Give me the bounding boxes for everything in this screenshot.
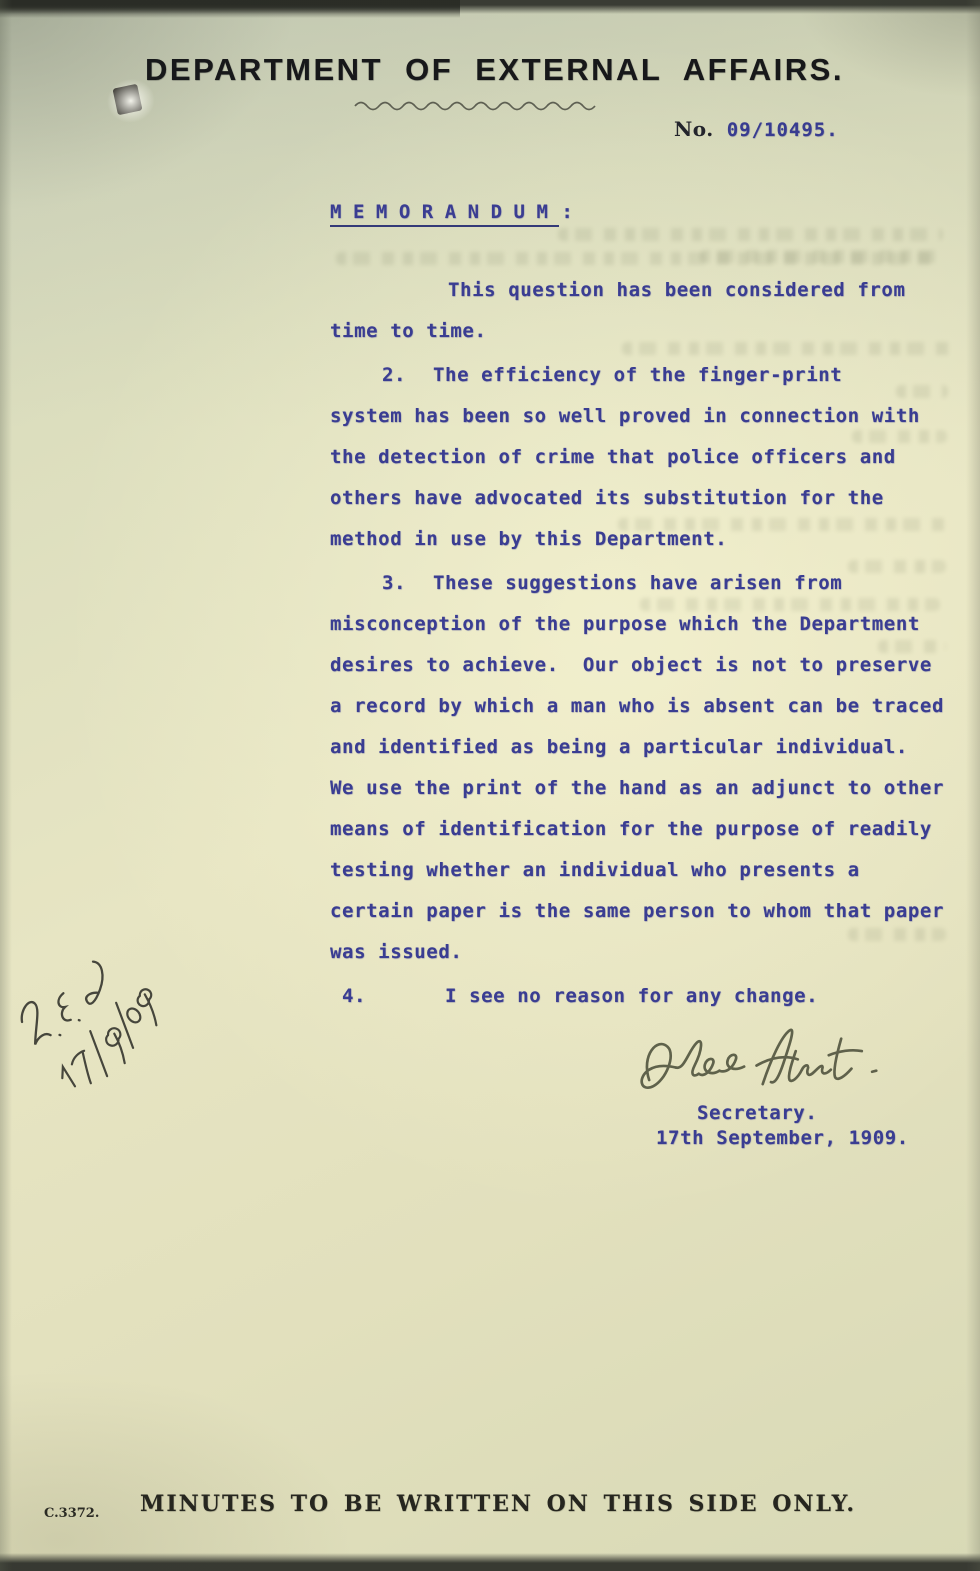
memo-heading-text: MEMORANDUM — [330, 201, 559, 227]
bleed-through-mark — [878, 640, 946, 653]
bleed-through-mark — [848, 560, 946, 573]
bleed-through-mark — [618, 518, 953, 531]
punch-hole-mark — [112, 84, 142, 116]
memo-line: and identified as being a particular ind… — [330, 727, 955, 768]
memo-paragraph: 3.These suggestions have arisen frommisc… — [330, 563, 955, 973]
memo-body: This question has been considered fromti… — [330, 270, 955, 1020]
memo-line: certain paper is the same person to whom… — [330, 891, 955, 932]
file-number-value: 09/10495. — [727, 119, 839, 141]
memo-paragraph: This question has been considered fromti… — [330, 270, 955, 352]
paragraph-first-line: I see no reason for any change. — [445, 976, 818, 1017]
scanned-memorandum-page: DEPARTMENT OF EXTERNAL AFFAIRS. No.09/10… — [0, 0, 980, 1571]
paragraph-number: 4. — [342, 976, 366, 1017]
memo-line: others have advocated its substitution f… — [330, 478, 955, 519]
paragraph-first-line: This question has been considered from — [448, 270, 905, 311]
scan-edge-top-left — [0, 0, 460, 18]
bleed-through-mark — [852, 430, 947, 443]
memo-line: desires to achieve. Our object is not to… — [330, 645, 955, 686]
memo-line: This question has been considered from — [330, 270, 955, 311]
signature-title: Secretary. — [697, 1102, 817, 1124]
memo-heading-colon: : — [561, 201, 572, 223]
bleed-through-mark — [558, 228, 943, 241]
scan-edge-left — [0, 0, 12, 1571]
file-number-label: No. — [674, 117, 714, 141]
memo-paragraph: 4.I see no reason for any change. — [330, 976, 955, 1017]
memo-line: testing whether an individual who presen… — [330, 850, 955, 891]
bleed-through-mark — [640, 598, 940, 611]
memo-heading: MEMORANDUM: — [330, 201, 573, 223]
letterhead-title: DEPARTMENT OF EXTERNAL AFFAIRS. — [145, 52, 865, 88]
paragraph-first-line: The efficiency of the finger-print — [433, 355, 842, 396]
memo-line: the detection of crime that police offic… — [330, 437, 955, 478]
memo-line: 4.I see no reason for any change. — [330, 976, 955, 1017]
signature-date: 17th September, 1909. — [656, 1127, 909, 1149]
memo-line: 2.The efficiency of the finger-print — [330, 355, 955, 396]
scan-edge-top — [0, 0, 980, 14]
form-code: C.3372. — [44, 1506, 99, 1521]
memo-line: means of identification for the purpose … — [330, 809, 955, 850]
paragraph-number: 3. — [382, 563, 406, 604]
paragraph-number: 2. — [382, 355, 406, 396]
signature-atlee-hunt — [612, 1018, 932, 1110]
wavy-underline — [352, 97, 604, 113]
bleed-through-mark — [896, 385, 948, 398]
scan-edge-bottom — [0, 1553, 980, 1571]
bleed-through-mark — [700, 250, 940, 263]
memo-line: a record by which a man who is absent ca… — [330, 686, 955, 727]
footer-notice: MINUTES TO BE WRITTEN ON THIS SIDE ONLY. — [140, 1491, 856, 1517]
bleed-through-mark — [848, 928, 946, 941]
memo-line: We use the print of the hand as an adjun… — [330, 768, 955, 809]
bleed-through-mark — [622, 342, 952, 355]
scan-edge-right — [966, 0, 980, 1571]
file-number: No.09/10495. — [674, 117, 839, 141]
